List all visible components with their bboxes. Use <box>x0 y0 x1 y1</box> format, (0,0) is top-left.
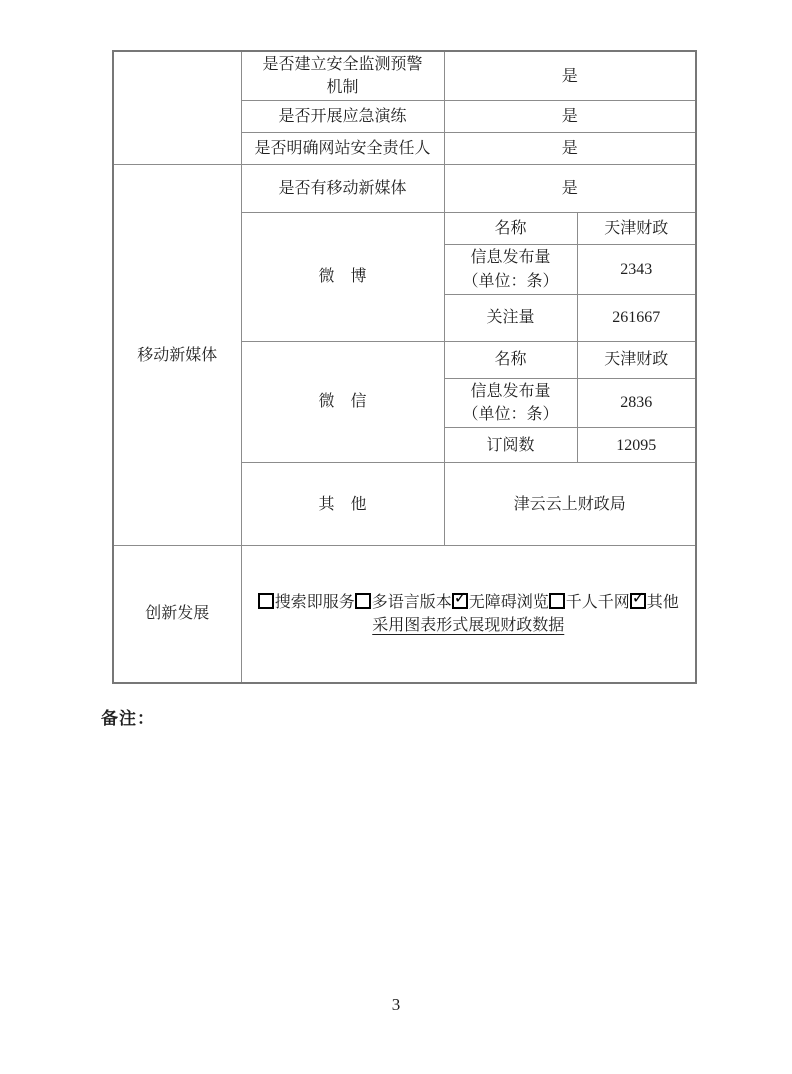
report-table: 是否建立安全监测预警 机制 是 是否开展应急演练 是 是否明确网站安全责任人 是… <box>112 50 697 684</box>
innovation-option-label: 无障碍浏览 <box>469 594 549 611</box>
security-row-label: 是否开展应急演练 <box>241 101 444 133</box>
innovation-option-label: 多语言版本 <box>372 594 452 611</box>
has-mobile-value: 是 <box>444 165 696 213</box>
innovation-option-label: 其他 <box>647 594 679 611</box>
weibo-posts-value: 2343 <box>577 245 696 294</box>
weibo-header: 微 博 <box>241 213 444 341</box>
weibo-name-label: 名称 <box>444 213 577 245</box>
section-header-empty-cell <box>113 51 241 165</box>
weibo-posts-label: 信息发布量 （单位：条） <box>444 245 577 294</box>
wechat-header: 微 信 <box>241 341 444 462</box>
checkbox-icon[interactable] <box>258 593 274 609</box>
weibo-followers-value: 261667 <box>577 294 696 341</box>
innovation-other-detail-line: 采用图表形式展现财政数据 <box>246 614 692 637</box>
other-media-label: 其 他 <box>241 463 444 546</box>
checkbox-icon[interactable] <box>452 593 468 609</box>
weibo-followers-label: 关注量 <box>444 294 577 341</box>
checkbox-icon[interactable] <box>355 593 371 609</box>
innovation-option-label: 搜索即服务 <box>275 594 355 611</box>
innovation-option-label: 千人千网 <box>566 594 630 611</box>
wechat-subscribers-value: 12095 <box>577 428 696 463</box>
report-table-container: 是否建立安全监测预警 机制 是 是否开展应急演练 是 是否明确网站安全责任人 是… <box>112 50 695 684</box>
wechat-posts-value: 2836 <box>577 378 696 427</box>
notes-label: 备注： <box>101 704 155 729</box>
innovation-other-detail: 采用图表形式展现财政数据 <box>372 617 564 634</box>
security-row-label: 是否明确网站安全责任人 <box>241 133 444 165</box>
security-row-value: 是 <box>444 101 696 133</box>
table-row: 移动新媒体 是否有移动新媒体 是 <box>113 165 696 213</box>
page-number: 3 <box>0 995 792 1015</box>
security-row-value: 是 <box>444 133 696 165</box>
security-row-label: 是否建立安全监测预警 机制 <box>241 51 444 101</box>
weibo-name-value: 天津财政 <box>577 213 696 245</box>
has-mobile-label: 是否有移动新媒体 <box>241 165 444 213</box>
section-header-innovation: 创新发展 <box>113 546 241 683</box>
innovation-option: 无障碍浏览 <box>452 594 549 611</box>
innovation-option: 多语言版本 <box>355 594 452 611</box>
security-row-value: 是 <box>444 51 696 101</box>
innovation-option: 其他 <box>630 594 679 611</box>
wechat-name-label: 名称 <box>444 341 577 378</box>
section-header-mobile-media: 移动新媒体 <box>113 165 241 546</box>
other-media-value: 津云云上财政局 <box>444 463 696 546</box>
wechat-posts-label: 信息发布量 （单位：条） <box>444 378 577 427</box>
document-page: { "page": { "notes_label": "备注：", "page_… <box>0 0 792 1074</box>
table-row: 是否建立安全监测预警 机制 是 <box>113 51 696 101</box>
wechat-name-value: 天津财政 <box>577 341 696 378</box>
innovation-content-cell: 搜索即服务多语言版本无障碍浏览千人千网其他 采用图表形式展现财政数据 <box>241 546 696 683</box>
innovation-option: 搜索即服务 <box>258 594 355 611</box>
checkbox-icon[interactable] <box>549 593 565 609</box>
table-row: 创新发展 搜索即服务多语言版本无障碍浏览千人千网其他 采用图表形式展现财政数据 <box>113 546 696 683</box>
innovation-option: 千人千网 <box>549 594 630 611</box>
wechat-subscribers-label: 订阅数 <box>444 428 577 463</box>
checkbox-icon[interactable] <box>630 593 646 609</box>
